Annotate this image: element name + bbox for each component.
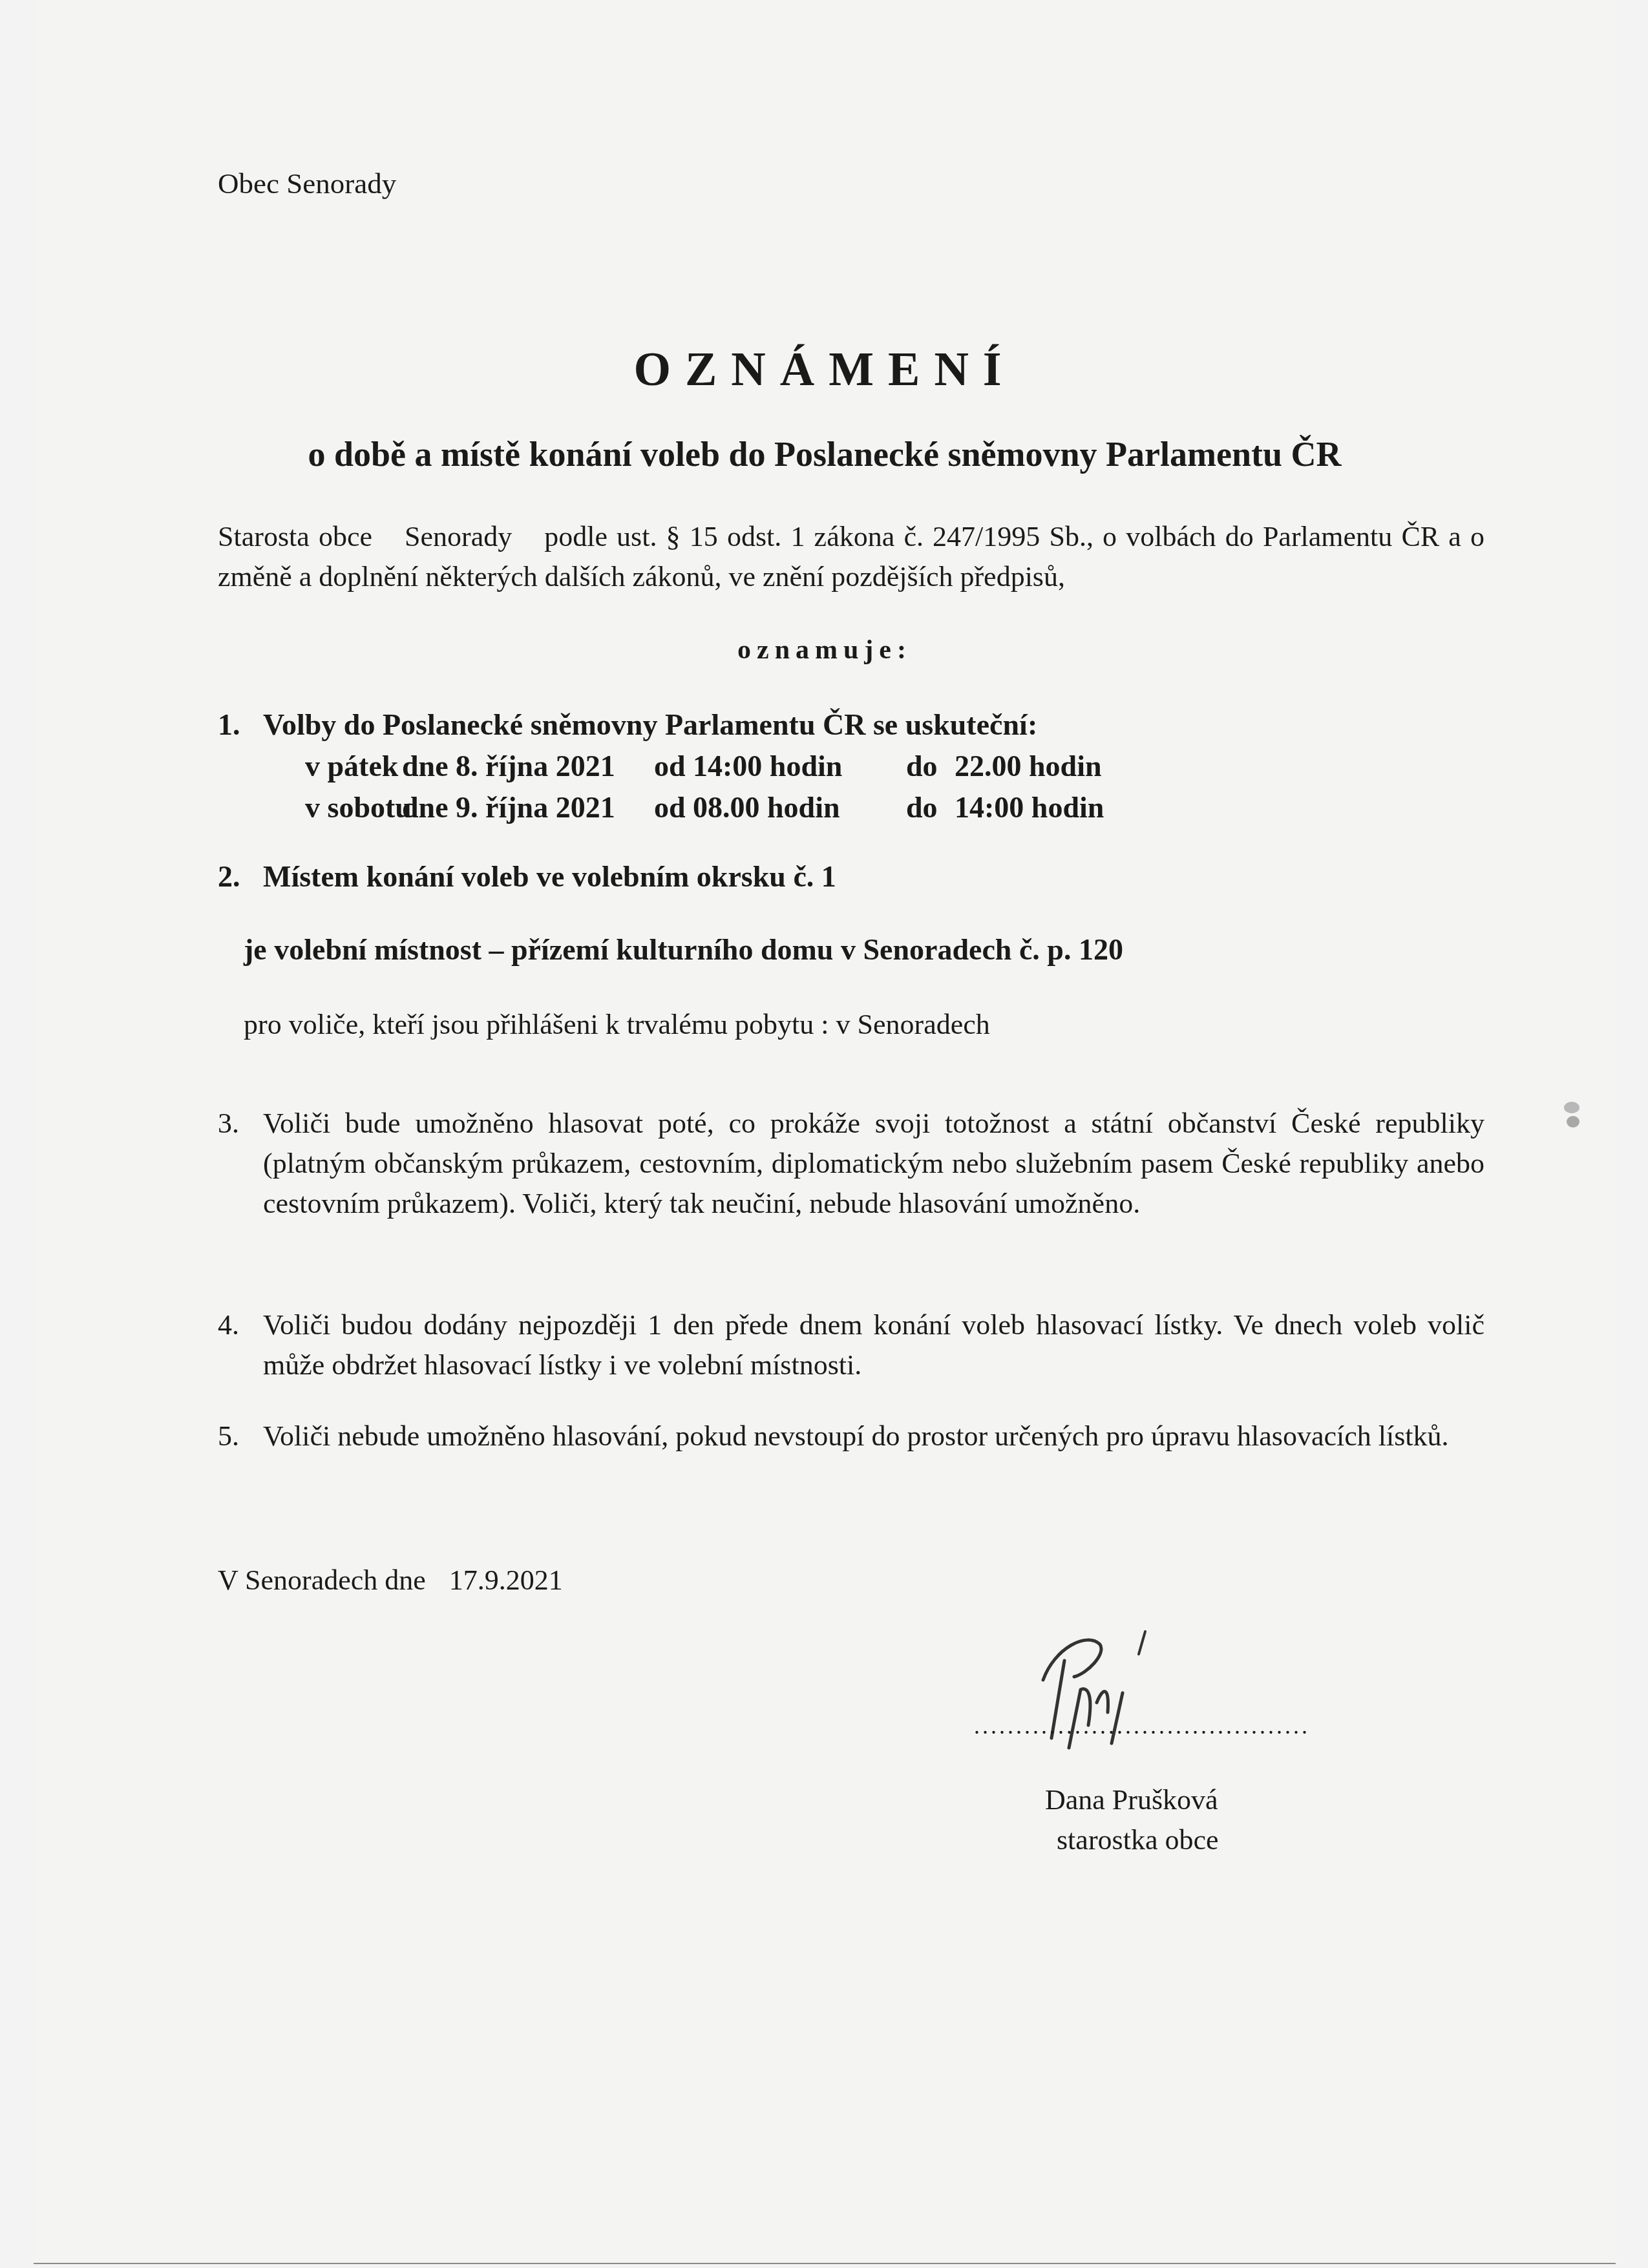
signer-name: Dana Prušková [1045, 1783, 1218, 1816]
schedule-from: 14:00 hodin [693, 746, 906, 787]
schedule-to: 14:00 hodin [955, 787, 1104, 828]
schedule-day: v pátek [305, 746, 402, 787]
dateline-date: 17.9.2021 [449, 1564, 563, 1596]
schedule-from: 08.00 hodin [693, 787, 906, 828]
item-4: 4. Voliči budou dodány nejpozději 1 den … [218, 1305, 1484, 1385]
item-number: 1. [218, 704, 263, 746]
item-text: Místem konání voleb ve volebním okrsku č… [263, 860, 836, 893]
schedule-row-saturday: v sobotu dne 9. října 2021 od 08.00 hodi… [218, 787, 1104, 828]
document-title: OZNÁMENÍ [34, 342, 1616, 397]
item-text: Voliči nebude umožněno hlasování, pokud … [263, 1416, 1484, 1456]
item-number: 5. [218, 1416, 239, 1456]
signature-line: ........................................ [974, 1712, 1310, 1739]
organization-header: Obec Senorady [218, 167, 396, 200]
announces-heading: oznamuje: [34, 635, 1616, 666]
document-page: Obec Senorady OZNÁMENÍ o době a místě ko… [34, 0, 1616, 2264]
item-text: Voliči budou dodány nejpozději 1 den pře… [263, 1305, 1484, 1385]
schedule-date: dne 9. října 2021 [402, 787, 654, 828]
schedule-to-label: do [906, 787, 955, 828]
intro-municipality: Senorady [405, 521, 512, 552]
intro-part1: Starosta obce [218, 521, 372, 552]
schedule-row-friday: v pátek dne 8. října 2021 od 14:00 hodin… [218, 746, 1104, 787]
item-text: Voliči bude umožněno hlasovat poté, co p… [263, 1104, 1484, 1224]
item-number: 3. [218, 1104, 239, 1144]
item-number: 4. [218, 1305, 239, 1345]
dateline-place: V Senoradech dne [218, 1564, 426, 1596]
intro-paragraph: Starosta obceSenoradypodle ust. § 15 ods… [218, 517, 1484, 597]
document-subtitle: o době a místě konání voleb do Poslaneck… [34, 434, 1616, 474]
item-3: 3. Voliči bude umožněno hlasovat poté, c… [218, 1104, 1484, 1224]
voters-note: pro voliče, kteří jsou přihlášeni k trva… [244, 1008, 990, 1041]
schedule-to-label: do [906, 746, 955, 787]
item-text: Volby do Poslanecké sněmovny Parlamentu … [263, 704, 1037, 746]
item-number: 2. [218, 859, 263, 894]
schedule-date: dne 8. října 2021 [402, 746, 654, 787]
schedule-day: v sobotu [305, 787, 402, 828]
schedule-from-label: od [654, 787, 693, 828]
item-1: 1. Volby do Poslanecké sněmovny Parlamen… [218, 704, 1104, 828]
scan-smudge-icon [1559, 1098, 1585, 1131]
item-5: 5. Voliči nebude umožněno hlasování, pok… [218, 1416, 1484, 1456]
polling-location: je volební místnost – přízemí kulturního… [244, 932, 1123, 967]
schedule-from-label: od [654, 746, 693, 787]
schedule-to: 22.00 hodin [955, 746, 1102, 787]
signer-role: starostka obce [1057, 1823, 1218, 1856]
dateline: V Senoradech dne17.9.2021 [218, 1564, 563, 1597]
item-2: 2.Místem konání voleb ve volebním okrsku… [218, 859, 836, 894]
